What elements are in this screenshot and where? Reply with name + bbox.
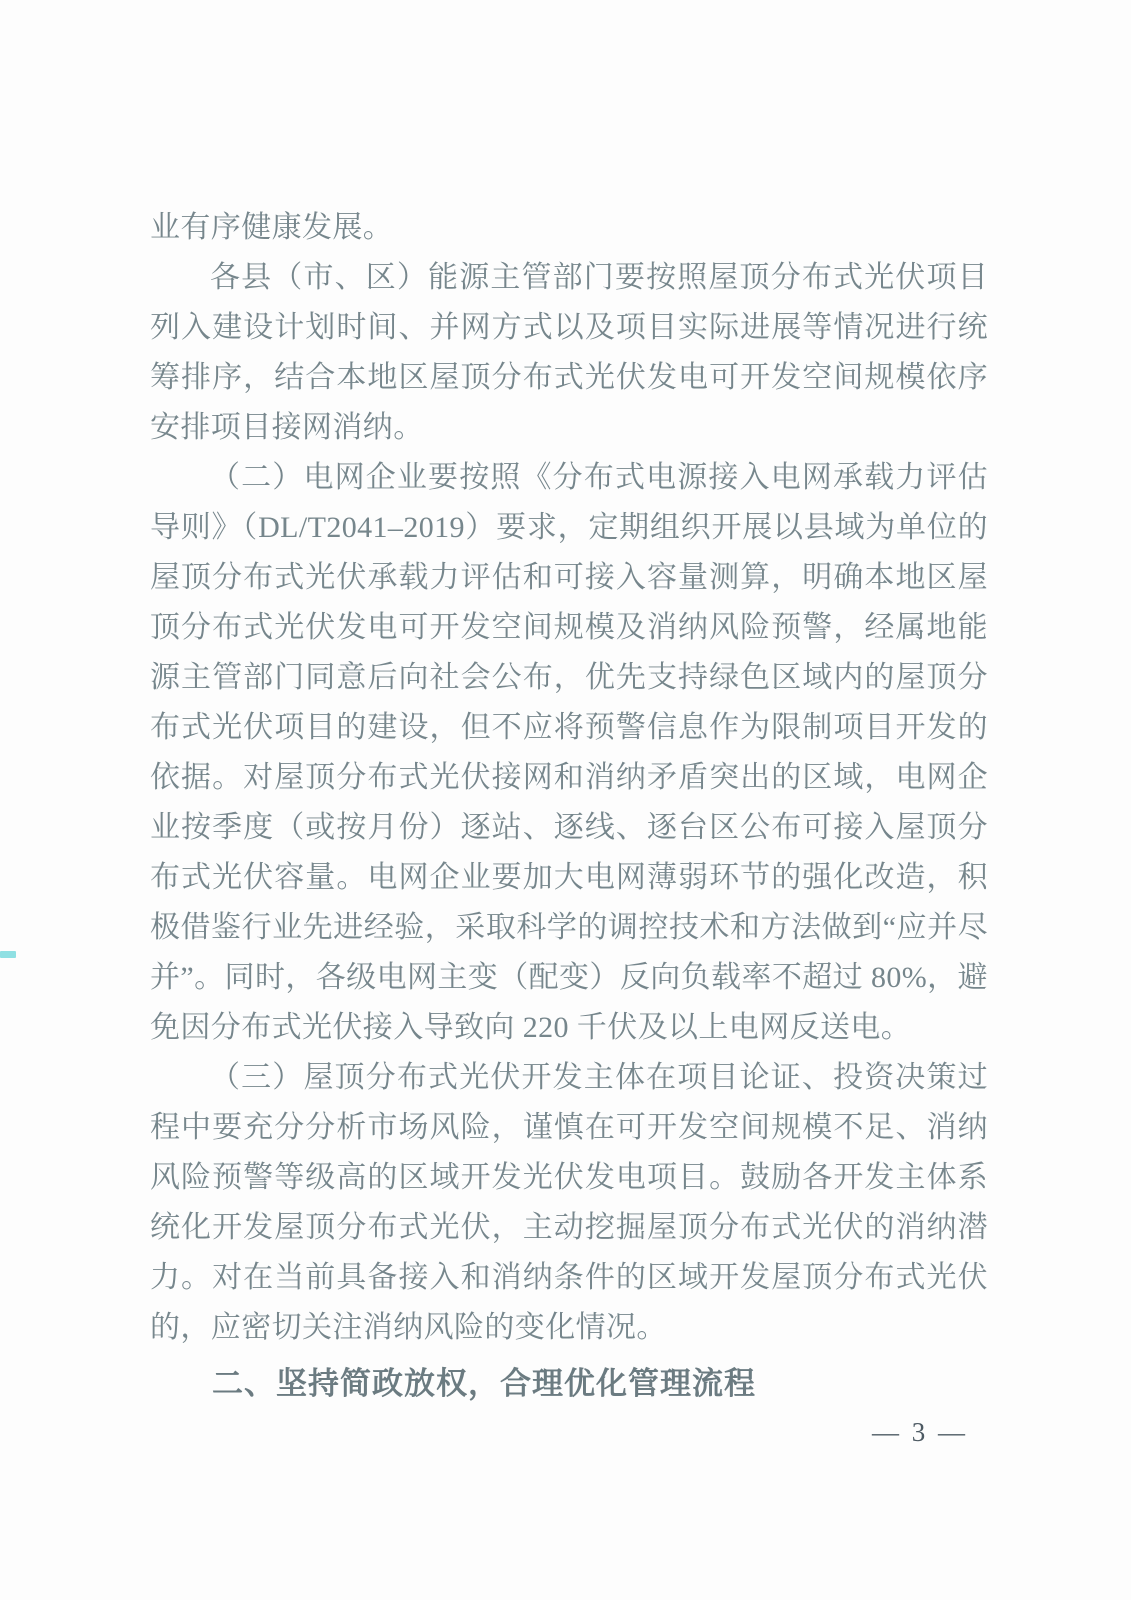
document-body: 业有序健康发展。 各县（市、区）能源主管部门要按照屋顶分布式光伏项目列入建设计划… (150, 203, 988, 1409)
body-paragraph: （三）屋顶分布式光伏开发主体在项目论证、投资决策过程中要充分分析市场风险，谨慎在… (150, 1053, 988, 1353)
document-page: 业有序健康发展。 各县（市、区）能源主管部门要按照屋顶分布式光伏项目列入建设计划… (0, 0, 1131, 1600)
body-paragraph: 业有序健康发展。 (150, 203, 988, 253)
body-paragraph: 各县（市、区）能源主管部门要按照屋顶分布式光伏项目列入建设计划时间、并网方式以及… (150, 253, 988, 453)
scan-artifact-mark (0, 951, 16, 958)
page-number: — 3 — (850, 1412, 990, 1452)
body-paragraph: （二）电网企业要按照《分布式电源接入电网承载力评估导则》（DL/T2041–20… (150, 453, 988, 1053)
section-heading: 二、坚持简政放权，合理优化管理流程 (150, 1359, 988, 1409)
